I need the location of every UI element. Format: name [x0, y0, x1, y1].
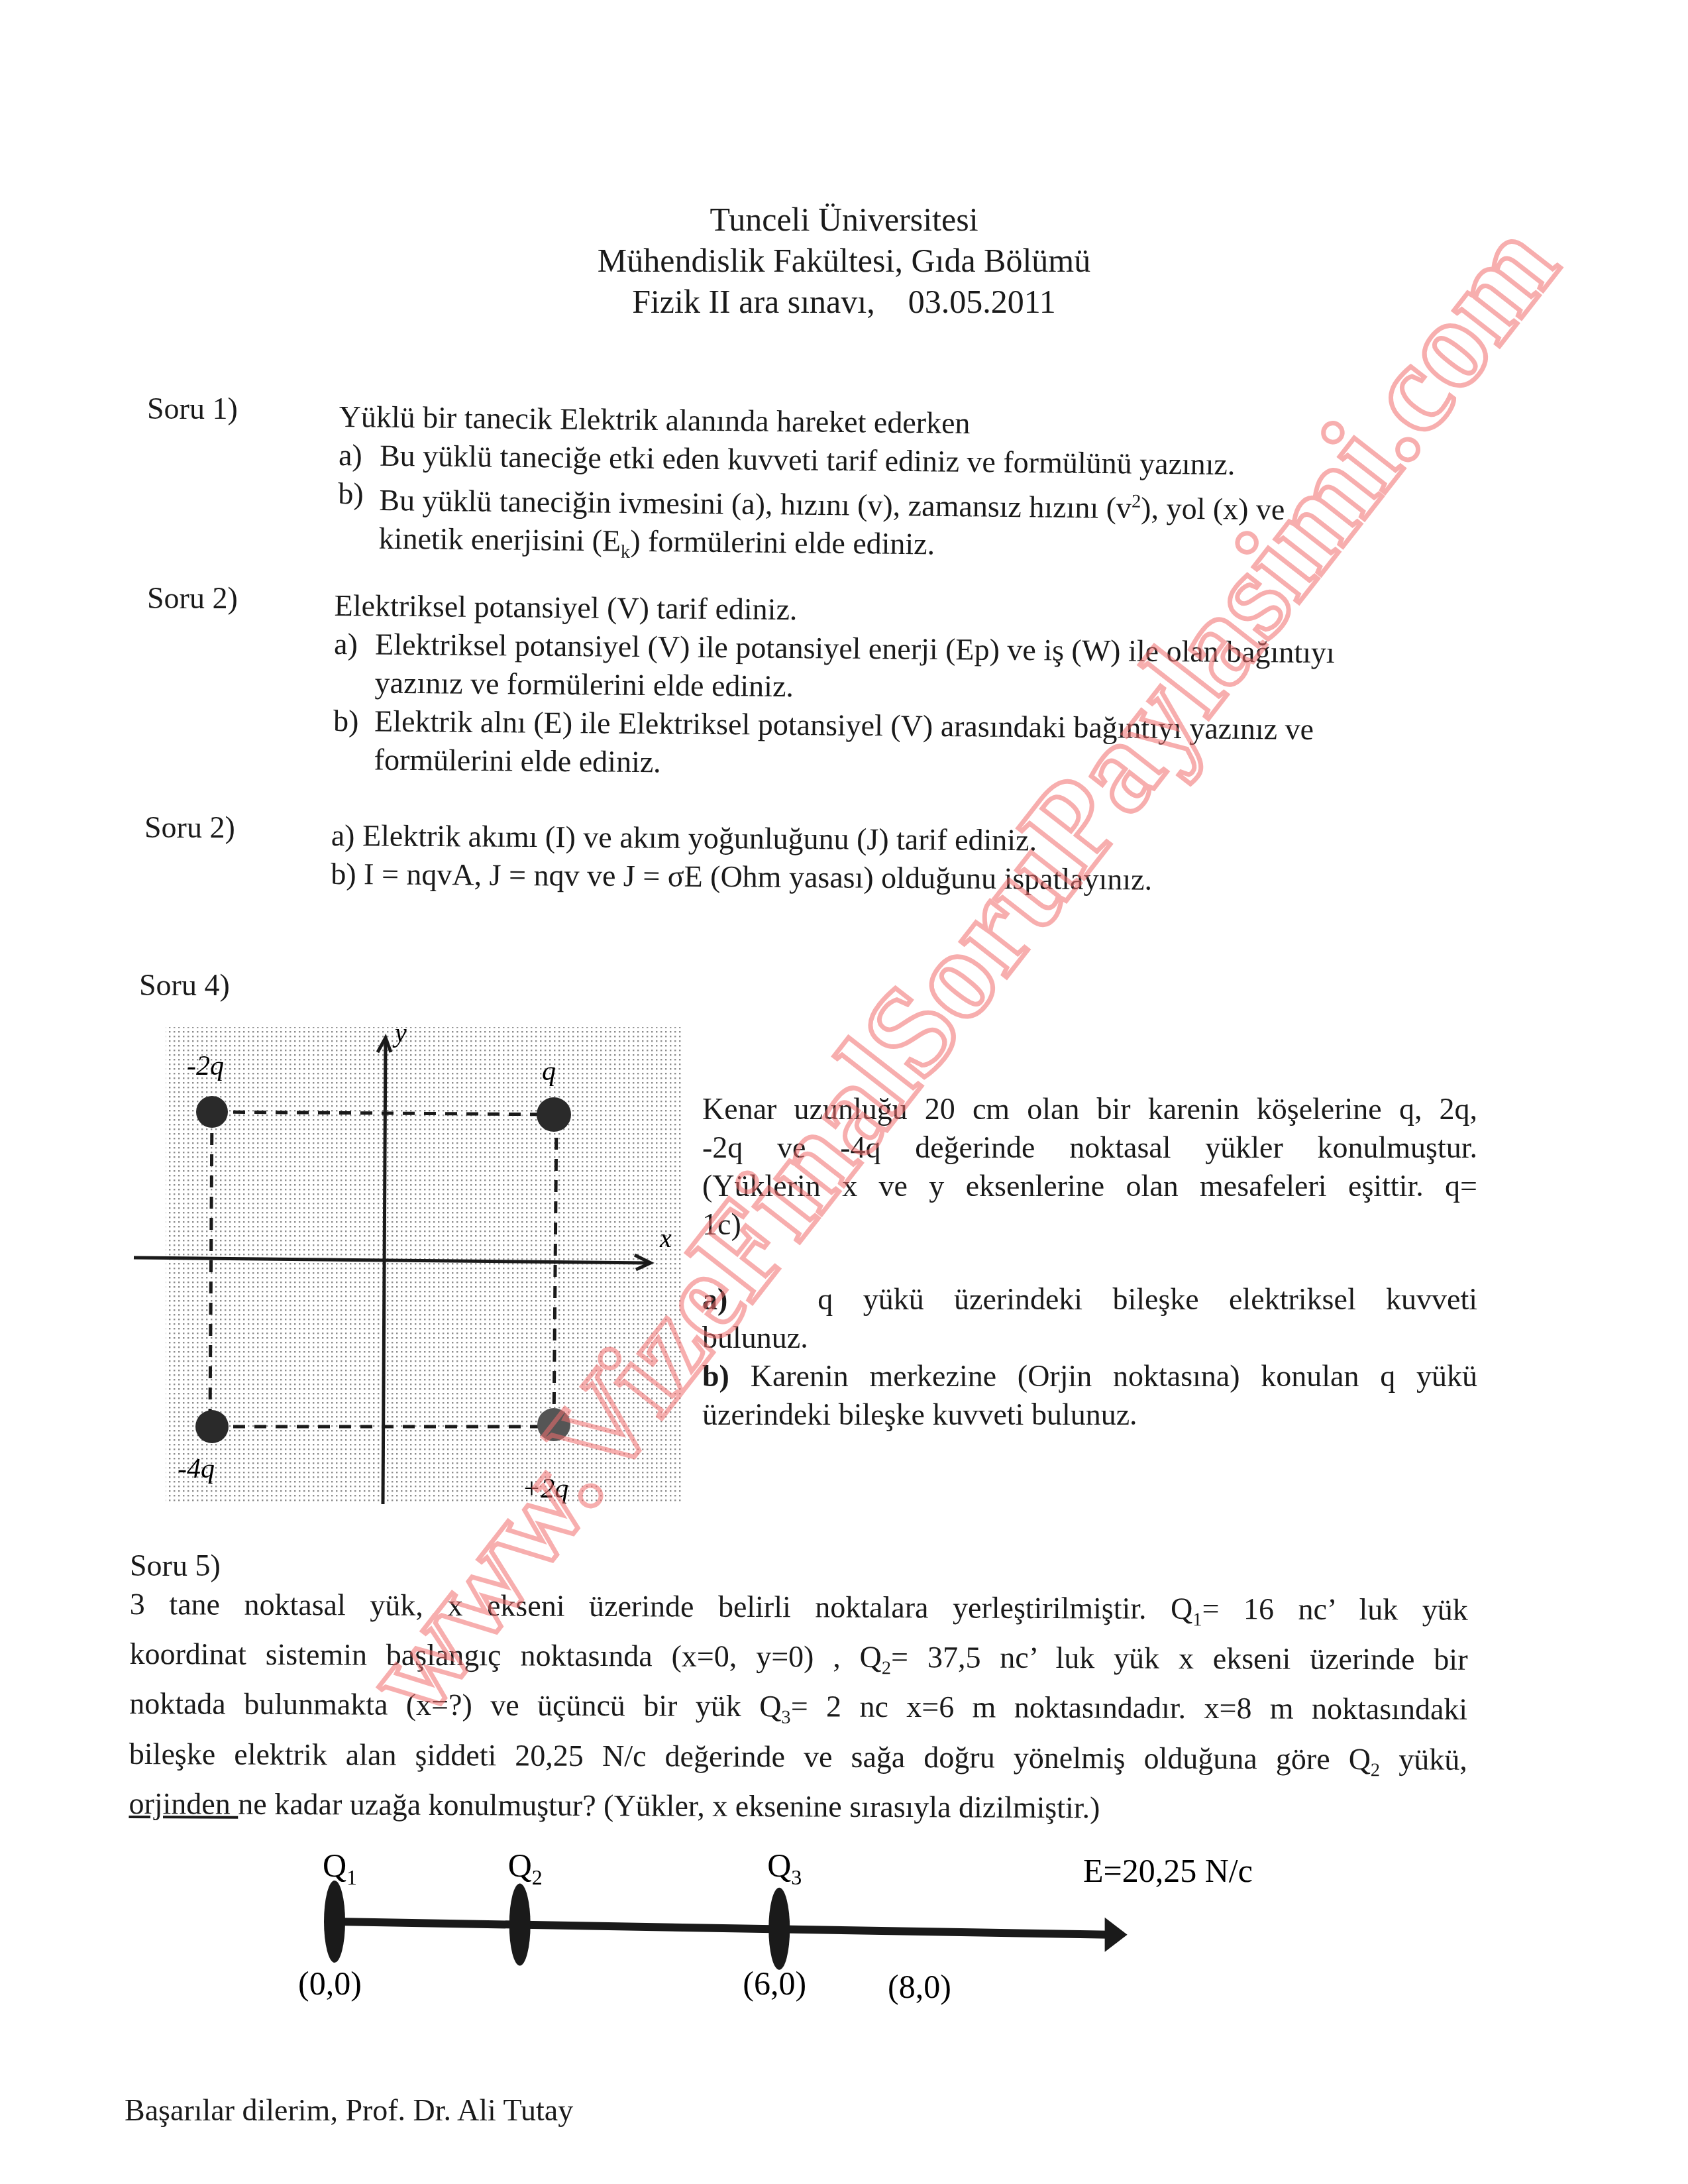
charges-on-x-axis-diagram: Q1(0,0)Q2Q3(6,0)(8,0) E=20,25 N/c — [252, 1829, 1378, 2028]
arrow-right-icon — [1105, 1918, 1128, 1952]
part-marker: b) — [337, 474, 379, 569]
question-3-part-b: b) I = nqvA, J = nqv ve J = σE (Ohm yasa… — [331, 855, 1324, 900]
y-axis-label: y — [392, 1020, 407, 1048]
question-4-label: Soru 4) — [139, 967, 230, 1003]
point-charge — [324, 1881, 345, 1963]
university-name: Tunceli Üniversitesi — [0, 199, 1688, 240]
question-5-label: Soru 5) — [130, 1548, 221, 1583]
field-label: E=20,25 N/c — [1083, 1852, 1253, 1889]
charge-label-top-left: -2q — [187, 1051, 224, 1081]
question-2-part-a: a) Elektriksel potansiyel (V) ile potans… — [333, 625, 1473, 712]
footer-signature: Başarılar dilerim, Prof. Dr. Ali Tutay — [125, 2093, 573, 2128]
question-3-part-a: a) Elektrik akımı (I) ve akım yoğunluğun… — [331, 816, 1325, 861]
exam-title: Fizik II ara sınavı, 03.05.2011 — [0, 281, 1688, 322]
charge-label-bottom-left: -4q — [178, 1454, 215, 1484]
charge-coordinate: (6,0) — [743, 1965, 806, 2002]
question-1: Yüklü bir tanecik Elektrik alanında hare… — [337, 398, 1465, 580]
charge-top-right — [537, 1097, 571, 1132]
exam-header: Tunceli Üniversitesi Mühendislik Fakülte… — [0, 199, 1688, 322]
charge-label-bottom-right: +2q — [522, 1474, 568, 1504]
question-3-label: Soru 2) — [144, 810, 235, 845]
part-marker: a) — [333, 625, 375, 702]
part-marker: b) — [333, 702, 374, 779]
charge-name: Q2 — [508, 1847, 543, 1889]
exam-name: Fizik II ara sınavı, — [632, 283, 875, 320]
question-4-part-b: b) Karenin merkezine (Orjin noktasına) k… — [702, 1357, 1477, 1434]
field-point-coordinate: (8,0) — [888, 1968, 951, 2005]
question-2: Elektriksel potansiyel (V) tarif ediniz.… — [333, 586, 1473, 789]
point-charge — [509, 1884, 531, 1966]
charge-bottom-left — [195, 1410, 229, 1443]
charge-label-top-right: q — [542, 1056, 556, 1087]
faculty-name: Mühendislik Fakültesi, Gıda Bölümü — [0, 240, 1688, 281]
question-4-description: Kenar uzunluğu 20 cm olan bir karenin kö… — [702, 1090, 1477, 1244]
underlined-word: orjinden — [129, 1786, 238, 1821]
charge-coordinate: (0,0) — [298, 1965, 362, 2002]
charge-name: Q3 — [767, 1847, 802, 1889]
question-2-part-b: b) Elektrik alnı (E) ile Elektriksel pot… — [333, 702, 1473, 789]
charge-name: Q1 — [323, 1847, 357, 1889]
question-5-text: 3 tane noktasal yük, x ekseni üzerinde b… — [129, 1585, 1468, 1829]
question-2-label: Soru 2) — [147, 580, 238, 616]
x-axis-line — [335, 1922, 1110, 1935]
question-3: a) Elektrik akımı (I) ve akım yoğunluğun… — [331, 816, 1325, 900]
question-4-part-a: a) q yükü üzerindeki bileşke elektriksel… — [702, 1280, 1477, 1357]
point-charge — [768, 1888, 790, 1970]
x-axis-label: x — [659, 1223, 672, 1253]
charge-bottom-right — [537, 1408, 570, 1441]
question-1-label: Soru 1) — [147, 391, 238, 426]
charge-square-diagram: y x -2q q -4q +2q — [126, 1020, 696, 1511]
part-marker: a) — [339, 436, 380, 475]
exam-date: 03.05.2011 — [908, 283, 1056, 320]
charge-top-left — [196, 1096, 228, 1128]
dotted-background — [166, 1027, 682, 1504]
question-1-part-b: b) Bu yüklü taneciğin ivmesini (a), hızı… — [337, 474, 1464, 580]
